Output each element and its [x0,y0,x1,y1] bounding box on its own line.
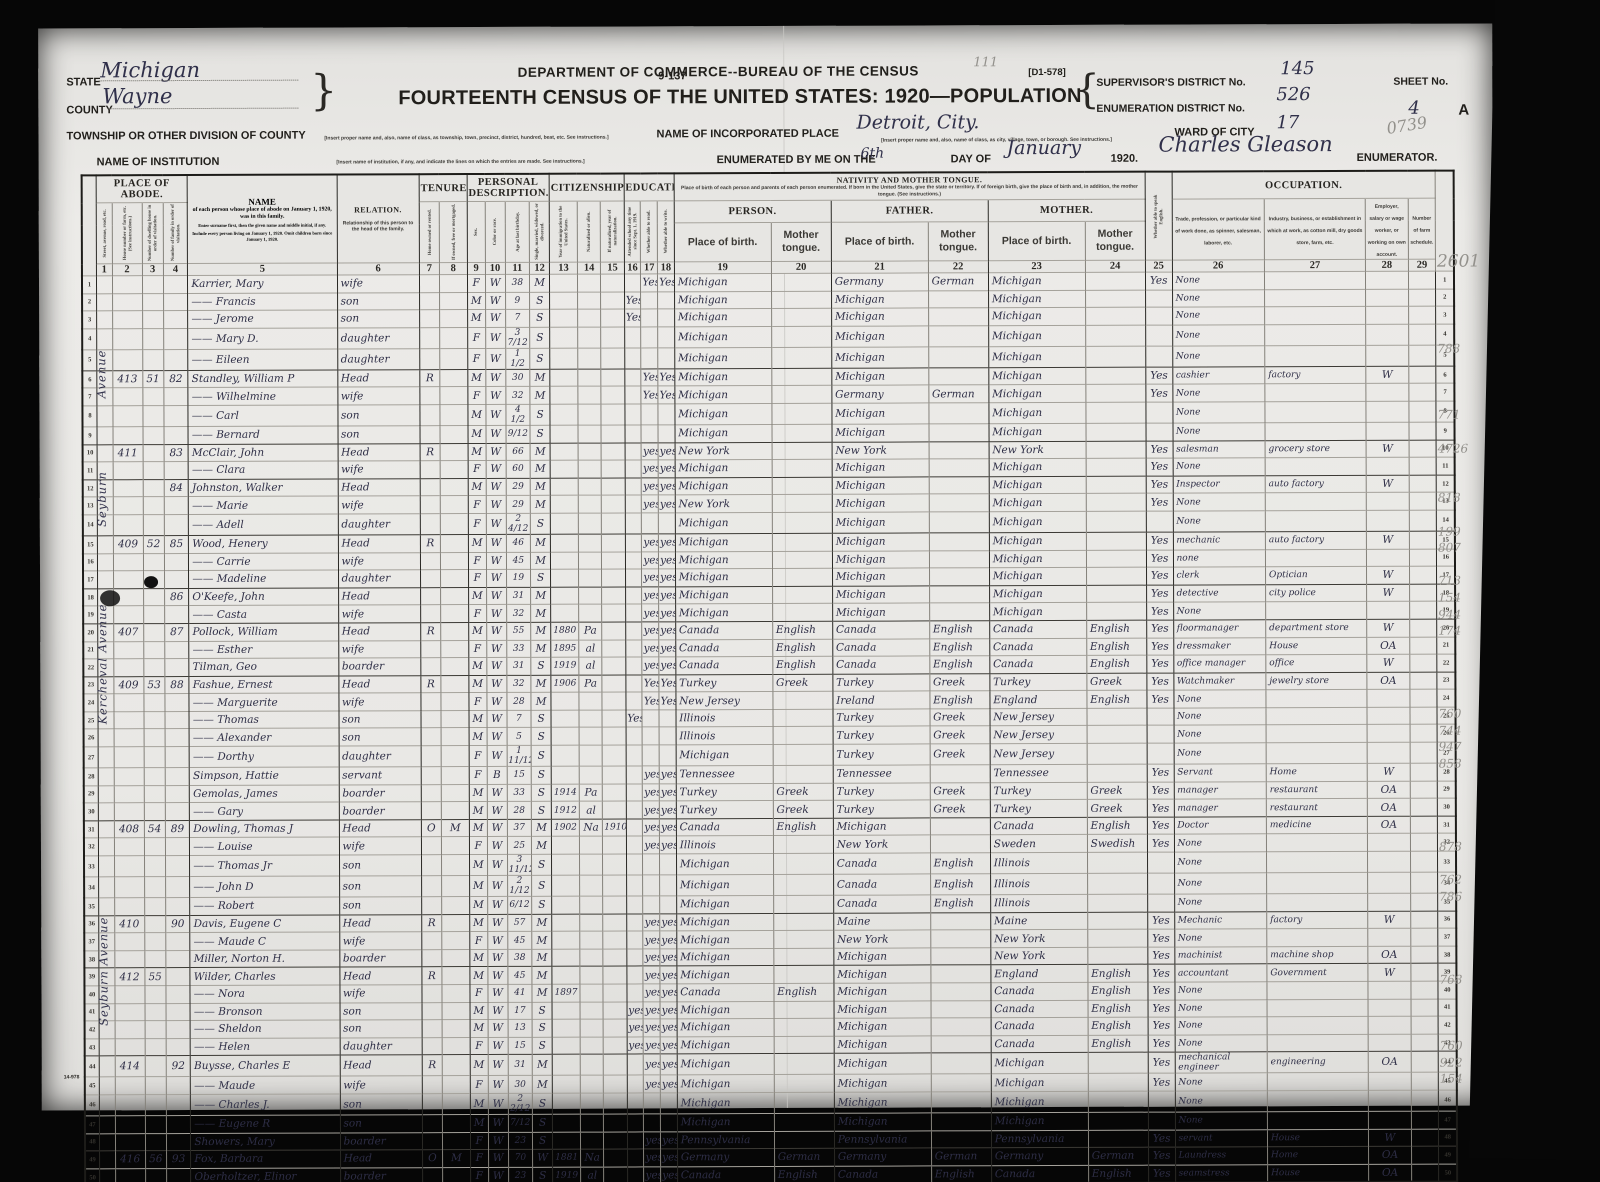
col14-header: Naturalized or alien. [577,201,601,262]
line-number: 22 [1437,654,1455,672]
family-number-cell [163,293,188,311]
mother-place-of-birth-cell: New York [991,930,1088,948]
mother-header: MOTHER. [988,199,1145,222]
mother-place-of-birth-cell: Canada [991,1000,1088,1018]
father-mother-tongue-cell: English [930,895,990,913]
home-owned-or-rented-cell [421,746,441,767]
industry-cell: restaurant [1266,781,1367,799]
farm-schedule-cell [1409,566,1437,584]
able-to-read-cell: yes [643,819,660,837]
attended-school-cell [625,639,642,657]
employer-class-cell: W [1367,619,1409,637]
dwelling-number-cell: 52 [143,536,164,554]
naturalized-or-alien-cell [580,1054,603,1075]
mother-place-of-birth-cell: Illinois [990,852,1087,873]
home-owned-or-rented-cell [420,348,440,369]
trade-cell: None [1174,894,1266,912]
trade-cell: None [1172,289,1264,307]
relation-cell: daughter [338,514,420,535]
dwelling-number-cell [142,311,163,329]
father-mother-tongue-cell [928,347,988,368]
owned-free-or-mortgaged-cell [442,932,470,950]
home-owned-or-rented-cell [422,1094,442,1115]
speaks-english-cell: Yes [1146,493,1173,511]
able-to-read-cell: yes [642,495,659,513]
year-of-naturalization-cell [601,443,624,461]
mother-tongue-cell [772,459,832,477]
owned-free-or-mortgaged-cell [440,443,468,461]
line-number: 36 [1438,911,1456,929]
industry-cell: Home [1267,1147,1368,1165]
relation-cell: boarder [339,950,421,968]
place-of-birth-cell: Illinois [676,727,773,745]
family-number-cell: 92 [166,1056,191,1077]
person-name-cell: —— Marguerite [189,693,338,711]
year-of-naturalization-cell [601,425,624,443]
owned-free-or-mortgaged-cell [441,802,469,820]
year-of-immigration-cell [550,496,578,514]
mother-place-of-birth-cell: Germany [991,1148,1088,1166]
year-of-naturalization-cell [602,604,625,622]
family-number-cell [166,1115,191,1133]
naturalized-or-alien-cell [578,552,601,570]
place-of-birth-cell: Michigan [675,424,772,442]
street-cell [99,1077,115,1095]
color-or-race-cell: W [487,949,507,967]
mother-mother-tongue-cell [1086,441,1146,459]
relation-cell: wife [338,461,420,479]
col3-label: Number of dwelling house in order of vis… [147,204,158,262]
mother-place-of-birth-cell: Michigan [989,568,1086,586]
industry-cell [1264,289,1365,307]
house-number-cell [112,293,142,311]
able-to-write-cell [660,875,677,896]
place-of-birth-cell: Canada [675,621,772,639]
mother-place-of-birth-cell: New Jersey [990,743,1087,764]
age-cell: 30 [508,1076,533,1094]
employer-class-cell [1369,1073,1411,1091]
color-or-race-cell: W [487,784,507,802]
relation-cell: daughter [338,570,420,588]
group-education: EDUCATION. [624,173,674,201]
dwelling-number-cell [144,933,165,951]
able-to-read-cell [643,875,660,896]
attended-school-cell [625,478,642,496]
mother-place-of-birth-cell: Illinois [990,873,1087,894]
relation-cell: Head [338,478,420,496]
farm-schedule-cell [1411,1073,1439,1091]
place-of-birth-cell: Michigan [677,1075,774,1093]
year-of-naturalization-cell [602,587,625,605]
line-number: 38 [1438,946,1456,964]
farm-schedule-cell [1410,893,1438,911]
naturalized-or-alien-cell [580,1075,603,1093]
year-of-naturalization-cell [602,745,625,766]
column-number: 26 [1172,260,1264,272]
place-of-birth-cell: Michigan [675,569,772,587]
father-mother-tongue-cell: English [931,1165,991,1182]
able-to-read-cell: yes [643,931,660,949]
sex-cell: F [468,496,486,514]
person-name-cell: —— Wilhelmine [188,387,337,405]
family-number-cell [166,1168,191,1182]
street-cell [98,838,114,856]
color-or-race-cell: W [485,387,505,405]
mother-place-of-birth-cell: Michigan [989,385,1086,403]
trade-cell: None [1174,929,1266,947]
mother-place-of-birth-cell: Michigan [988,272,1085,290]
relation-cell: boarder [340,1132,422,1150]
owned-free-or-mortgaged-cell [440,387,468,405]
able-to-read-cell [641,404,658,425]
col28-header: Employer, salary or wage worker, or work… [1365,198,1408,259]
naturalized-or-alien-cell [580,1132,603,1150]
marital-status-cell: S [530,309,550,327]
trade-cell: Watchmaker [1173,672,1265,690]
year-of-naturalization-cell [602,710,625,728]
marital-status-cell: W [533,1149,553,1167]
naturalized-or-alien-cell [580,949,603,967]
able-to-read-cell: yes [644,1075,661,1093]
house-number-cell [112,349,142,370]
marital-status-cell: S [530,348,550,369]
month-value: January [1007,137,1082,159]
father-mother-tongue-cell [930,835,990,853]
age-cell: 57 [507,914,532,932]
year-of-immigration-cell [550,387,578,405]
year-of-naturalization-cell [603,966,626,984]
marital-status-cell: S [533,1114,553,1132]
father-mother-tongue-cell [928,368,988,386]
relation-cell: son [339,876,421,897]
street-cell [99,1133,115,1151]
naturalized-or-alien-cell [580,1093,603,1114]
father-mother-tongue-cell [931,1018,991,1036]
place-of-birth-cell: Canada [676,657,773,675]
place-of-birth-cell: Michigan [676,913,773,931]
able-to-write-cell [658,327,675,348]
dwelling-number-cell [145,1003,166,1021]
home-owned-or-rented-cell [420,426,440,444]
employer-class-cell [1368,999,1410,1017]
ink-blot [144,576,158,588]
father-place-of-birth-cell: Michigan [834,1018,931,1036]
age-cell: 1 11/12 [507,745,532,766]
column-number: 1 [96,264,112,276]
father-mother-tongue-cell [930,818,990,836]
column-number: 12 [530,262,550,274]
mother-tongue-cell [774,1131,834,1149]
employer-class-cell [1367,510,1409,531]
color-or-race-cell: W [487,728,507,746]
sex-cell: M [469,728,487,746]
age-cell: 15 [507,766,532,784]
employer-class-cell [1367,707,1409,725]
home-owned-or-rented-cell [422,1132,442,1150]
family-number-cell [166,1133,191,1151]
employer-class-cell [1366,324,1408,345]
line-number: 31 [84,821,99,839]
able-to-read-cell: yes [642,460,659,478]
farm-schedule-cell [1410,872,1438,893]
marital-status-cell: M [532,914,552,932]
color-or-race-cell: W [487,745,507,766]
person-name-cell: Oberholtzer, Elinor [191,1168,340,1182]
speaks-english-cell [1147,708,1174,726]
sex-cell: F [470,984,488,1002]
able-to-read-cell [643,896,660,914]
farm-schedule-cell [1410,725,1438,743]
year-of-immigration-cell [552,1002,580,1020]
home-owned-or-rented-cell [421,837,441,855]
able-to-write-cell: yes [660,931,677,949]
home-owned-or-rented-cell [422,1037,442,1055]
mother-tongue-cell [773,853,833,874]
person-name-cell: Miller, Norton H. [190,950,339,968]
mother-tongue-cell [771,347,831,368]
house-number-cell [112,328,142,349]
employer-class-cell: OA [1369,1164,1411,1182]
column-number: 17 [641,262,658,274]
mother-tongue-cell [771,308,831,326]
sex-cell: F [469,693,487,711]
relation-cell: Head [340,1150,422,1168]
able-to-read-cell: yes [641,442,658,460]
mother-place-of-birth-cell: Pennsylvania [991,1130,1088,1148]
house-number-cell [113,479,143,497]
mother-tongue-cell [771,291,831,309]
pencil-mark-top: 111 [973,55,998,70]
sex-cell: M [470,967,488,985]
house-number-cell [113,571,143,589]
speaks-english-cell: Yes [1148,1052,1175,1073]
place-of-birth-cell: Germany [677,1149,774,1167]
mother-place-of-birth-cell: Michigan [989,367,1086,385]
col12-header: Single, married, widowed, or divorced. [529,201,549,262]
person-name-cell: Simpson, Hattie [190,767,339,785]
father-mother-tongue-cell: Greek [930,800,990,818]
mother-mother-tongue-cell [1085,290,1145,308]
dwelling-number-cell [143,479,164,497]
naturalized-or-alien-cell [577,292,600,310]
ink-blot [100,590,120,606]
trade-cell: mechanic [1173,532,1265,550]
color-or-race-cell: W [485,369,505,387]
able-to-write-cell: yes [660,1037,677,1055]
mother-place-of-birth-cell: Sweden [990,835,1087,853]
dwelling-number-cell [142,293,163,311]
mother-mother-tongue-cell: Greek [1087,673,1147,691]
color-or-race-cell: W [487,875,507,896]
color-or-race-cell: W [488,1150,508,1168]
family-number-cell [164,388,189,406]
mother-tongue-cell [773,874,833,895]
mother-tongue-cell: English [772,639,832,657]
mother-place-of-birth-cell: Turkey [990,673,1087,691]
line-number: 12 [1437,475,1455,493]
attended-school-cell [625,551,642,569]
dwelling-number-cell [144,856,165,877]
father-mother-tongue-cell [931,1036,991,1054]
place-of-birth-cell: Michigan [674,326,771,347]
able-to-read-cell: yes [643,836,660,854]
year-of-naturalization-cell [601,460,624,478]
house-number-cell [114,803,144,821]
line-number: 47 [1439,1111,1457,1129]
family-number-cell [165,641,190,659]
employer-class-cell: OA [1367,672,1409,690]
able-to-write-cell [658,309,675,327]
marital-status-cell: S [532,875,552,896]
employer-class-cell: W [1369,1129,1411,1147]
able-to-read-cell: yes [642,587,659,605]
sex-cell: M [468,622,486,640]
marital-status-cell: M [532,1055,552,1076]
institution-note: [Insert name of institution, if any, and… [261,158,661,166]
col17-header: Whether able to read. [641,201,658,262]
naturalized-or-alien-cell [579,604,602,622]
speaks-english-cell: Yes [1146,532,1173,550]
home-owned-or-rented-cell [422,949,442,967]
pencil-mark-ward: 0739 [1385,113,1428,138]
attended-school-cell [626,692,643,710]
speaks-english-cell: Yes [1146,602,1173,620]
owned-free-or-mortgaged-cell [441,693,469,711]
family-number-cell [164,426,189,444]
owned-free-or-mortgaged-cell [441,640,469,658]
home-owned-or-rented-cell [422,985,442,1003]
speaks-english-cell: Yes [1147,673,1174,691]
attended-school-cell [625,386,642,404]
owned-free-or-mortgaged-cell [441,855,469,876]
mother-place-of-birth-cell: Tennessee [990,764,1087,782]
employer-class-cell: OA [1368,781,1410,799]
col9-label: Sex. [473,228,479,236]
age-cell: 4 1/2 [506,404,531,425]
family-number-cell [165,877,190,898]
naturalized-or-alien-cell [578,495,601,513]
mother-tongue-cell [774,1075,834,1093]
industry-cell [1265,493,1366,511]
naturalized-or-alien-cell [578,443,601,461]
color-or-race-cell: W [488,1132,508,1150]
relation-cell: daughter [340,1037,422,1055]
marital-status-cell: S [531,745,551,766]
father-mother-tongue-cell [931,1053,991,1074]
speaks-english-cell [1145,325,1172,346]
speaks-english-cell: Yes [1148,1147,1175,1165]
able-to-write-cell: yes [659,801,676,819]
attended-school-cell [626,819,643,837]
person-name-cell: O'Keefe, John [189,588,338,606]
father-mother-tongue-cell [931,1000,991,1018]
person-name-cell: Johnston, Walker [189,479,338,497]
dwelling-number-cell: 54 [144,820,165,838]
mother-mother-tongue-cell [1086,494,1146,512]
column-number: 4 [163,264,188,276]
mother-place-of-birth-cell: Michigan [989,585,1086,603]
attended-school-cell [626,914,643,932]
naturalized-or-alien-cell [579,837,602,855]
place-of-birth-cell: Michigan [675,586,772,604]
mother-mother-tongue-cell [1086,385,1146,403]
pencil-margin-number: 768 [1439,972,1462,986]
marital-status-cell: S [530,404,550,425]
person-name-cell: —— John D [190,876,339,898]
mother-mother-tongue-cell: English [1088,965,1148,983]
able-to-write-cell: yes [659,657,676,675]
year-of-naturalization-cell [604,1167,627,1182]
able-to-read-cell [641,291,658,309]
dwelling-number-cell: 55 [145,968,166,986]
father-mother-tongue-cell: English [930,853,990,874]
able-to-write-cell: yes [659,604,676,622]
color-or-race-cell: W [488,1020,508,1038]
color-or-race-cell: W [486,404,506,425]
industry-cell [1266,742,1367,763]
family-number-cell [165,729,190,747]
line-number: 50 [85,1169,100,1182]
mother-tongue-cell [772,533,832,551]
year-of-naturalization-cell [602,727,625,745]
naturalized-or-alien-cell [577,274,600,292]
col2-label: House number or farm, etc. (See instruct… [121,204,132,262]
industry-cell: restaurant [1266,799,1367,817]
father-mother-tongue-cell [929,568,989,586]
mother-mother-tongue-cell [1085,367,1145,385]
mother-tongue-cell [771,326,831,347]
year-of-immigration-cell: 1914 [551,784,579,802]
person-name-cell: —— Francis [188,293,337,311]
line-number: 16 [83,553,98,571]
naturalized-or-alien-cell [579,766,602,784]
sex-cell: F [468,461,486,479]
color-or-race-cell: W [486,658,506,676]
trade-cell: None [1173,423,1265,441]
naturalized-or-alien-cell: Na [580,1149,603,1167]
col13-header: Year of immigration to the United States… [549,201,577,262]
attended-school-cell [625,513,642,534]
house-number-cell [113,515,143,536]
year-of-naturalization-cell [603,766,626,784]
line-number: 32 [84,838,99,856]
able-to-read-cell: yes [642,534,659,552]
naturalized-or-alien-cell [579,745,602,766]
nativity-subtitle: Place of birth of each person and parent… [675,184,1143,198]
dwelling-number-cell [144,803,165,821]
mother-mother-tongue-cell: Greek [1087,799,1147,817]
col9-header: Sex. [467,201,485,262]
dwelling-number-cell [145,1168,166,1182]
naturalized-or-alien-cell [578,348,601,369]
trade-cell: Inspector [1173,476,1265,494]
person-tongue-header: Mother tongue. [771,223,831,262]
place-of-birth-cell: Michigan [675,477,772,495]
father-mother-tongue-cell [929,603,989,621]
year-of-immigration-cell: 1881 [553,1149,581,1167]
age-cell: 29 [506,496,531,514]
col27-label: Industry, business, or establishment in … [1267,216,1362,246]
relation-subtitle: Relationship of this person to the head … [338,220,417,233]
home-owned-or-rented-cell [420,570,440,588]
dwelling-number-cell [145,1021,166,1039]
able-to-write-cell: Yes [658,274,675,292]
color-or-race-cell: W [488,1076,508,1094]
state-value-handwritten: Michigan [100,58,200,82]
place-of-birth-cell: Michigan [675,604,772,622]
col11-header: Age at last birthday. [505,201,530,262]
dwelling-number-cell [143,444,164,462]
